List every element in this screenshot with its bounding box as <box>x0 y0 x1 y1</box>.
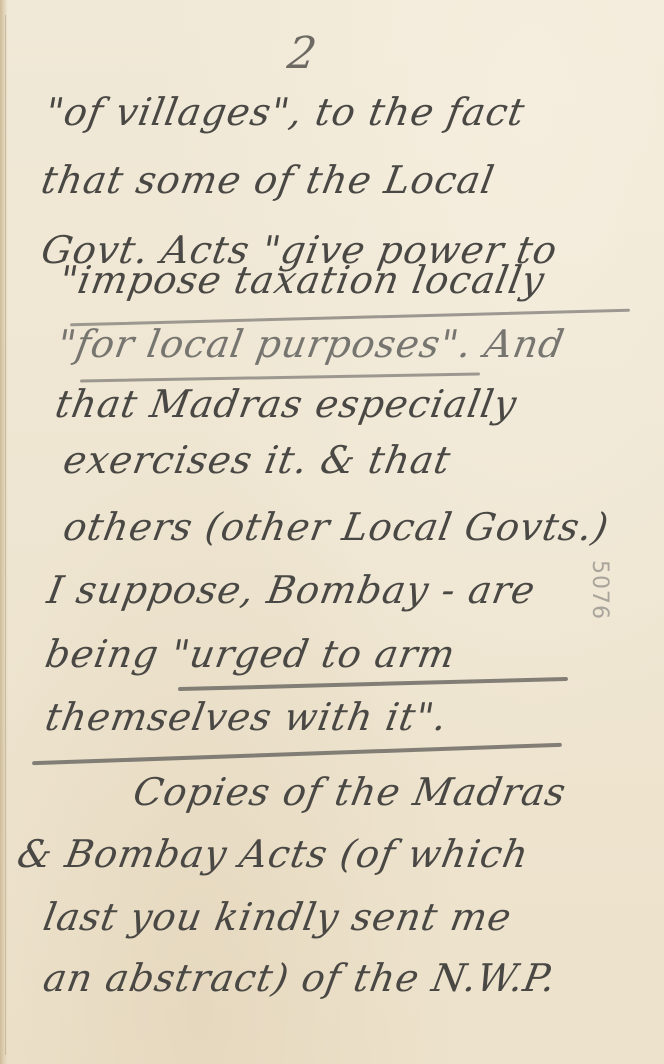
text-line-7: exercises it. & that <box>60 438 454 482</box>
text-line-4: "impose taxation locally <box>56 258 548 302</box>
text-line-5: "for local purposes". And <box>54 322 568 366</box>
text-line-12: Copies of the Madras <box>130 770 570 814</box>
text-line-13: & Bombay Acts (of which <box>14 832 532 876</box>
text-line-14: last you kindly sent me <box>40 895 515 939</box>
page-number: 2 <box>284 28 319 79</box>
text-line-15: an abstract) of the N.W.P. <box>40 956 560 1000</box>
text-line-9: I suppose, Bombay - are <box>44 568 539 612</box>
text-line-8: others (other Local Govts.) <box>60 505 612 549</box>
text-line-6: that Madras especially <box>52 382 520 426</box>
text-line-11: themselves with it". <box>42 695 451 739</box>
underline-urged-to-arm <box>178 677 568 691</box>
paper-edge-line <box>5 15 6 1055</box>
folio-stamp: 5076 <box>587 560 612 620</box>
paper-edge <box>0 0 8 1064</box>
underline-themselves-with-it <box>32 743 562 765</box>
text-line-10: being "urged to arm <box>42 632 459 676</box>
text-line-2: that some of the Local <box>38 158 498 202</box>
manuscript-page: 2 "of villages", to the fact that some o… <box>0 0 664 1064</box>
text-line-1: "of villages", to the fact <box>42 90 529 134</box>
underline-local-purposes <box>80 373 480 383</box>
